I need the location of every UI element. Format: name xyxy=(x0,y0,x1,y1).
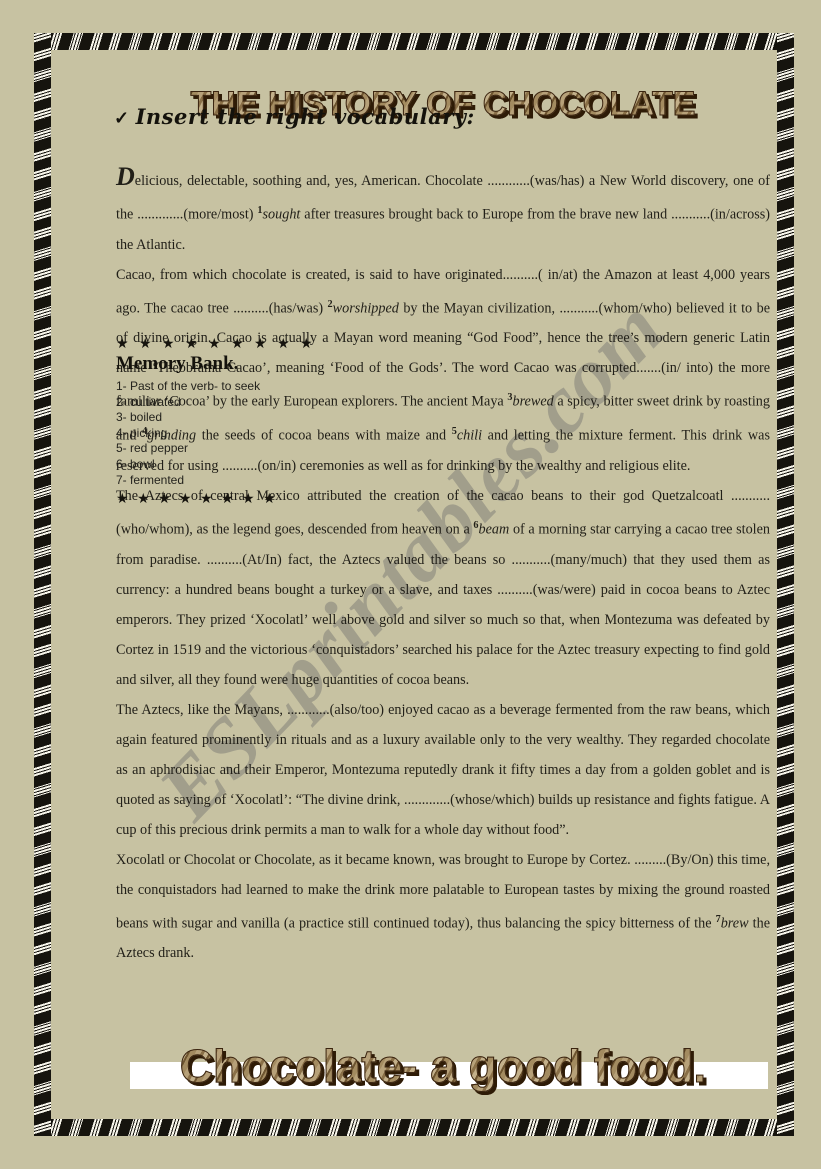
vocabulary-word: brewed xyxy=(512,394,553,410)
vocabulary-word: chili xyxy=(457,428,482,444)
stars-row-top: ★ ★ ★ ★ ★ ★ ★ ★ ★ xyxy=(116,336,366,352)
vocabulary-word: beam xyxy=(479,522,510,538)
border-right xyxy=(777,33,794,1136)
article-text: Delicious, delectable, soothing and, yes… xyxy=(116,164,770,968)
paragraph: The Aztecs of central Mexico attributed … xyxy=(116,481,770,695)
border-bottom xyxy=(34,1119,794,1136)
border-left xyxy=(34,33,51,1136)
worksheet-page: ESLprintables.com THE HISTORY OF CHOCOLA… xyxy=(0,0,821,1169)
memory-bank-list: 1- Past of the verb- to seek2- cultivate… xyxy=(116,379,366,488)
memory-bank-item: 5- red pepper xyxy=(116,441,366,457)
instruction-text: Insert the right vocabulary: xyxy=(136,104,475,129)
stars-row-bottom: ★ ★ ★ ★ ★ ★ ★ ★ xyxy=(116,491,366,507)
memory-bank-item: 3- boiled xyxy=(116,410,366,426)
border-top xyxy=(34,33,794,50)
memory-bank-title: Memory Bank. xyxy=(116,353,366,375)
memory-bank-item: 4- picking xyxy=(116,426,366,442)
memory-bank-item: 6- bowl xyxy=(116,457,366,473)
drop-cap: D xyxy=(116,162,135,191)
vocabulary-word: sought xyxy=(263,207,301,223)
memory-bank-item: 1- Past of the verb- to seek xyxy=(116,379,366,395)
vocabulary-word: worshipped xyxy=(333,300,399,316)
paragraph: Delicious, delectable, soothing and, yes… xyxy=(116,164,770,260)
footer-title: Chocolate- a good food. xyxy=(116,1040,770,1092)
paragraph: Xocolatl or Chocolat or Chocolate, as it… xyxy=(116,845,770,969)
memory-bank-item: 2- cultivated xyxy=(116,395,366,411)
paragraph: The Aztecs, like the Mayans, ...........… xyxy=(116,695,770,845)
memory-bank-box: ★ ★ ★ ★ ★ ★ ★ ★ ★ Memory Bank. 1- Past o… xyxy=(116,336,366,507)
instruction-heading: ✓Insert the right vocabulary: xyxy=(114,104,475,129)
check-icon: ✓ xyxy=(114,108,130,129)
vocabulary-word: brew xyxy=(721,915,749,931)
memory-bank-item: 7- fermented xyxy=(116,473,366,489)
